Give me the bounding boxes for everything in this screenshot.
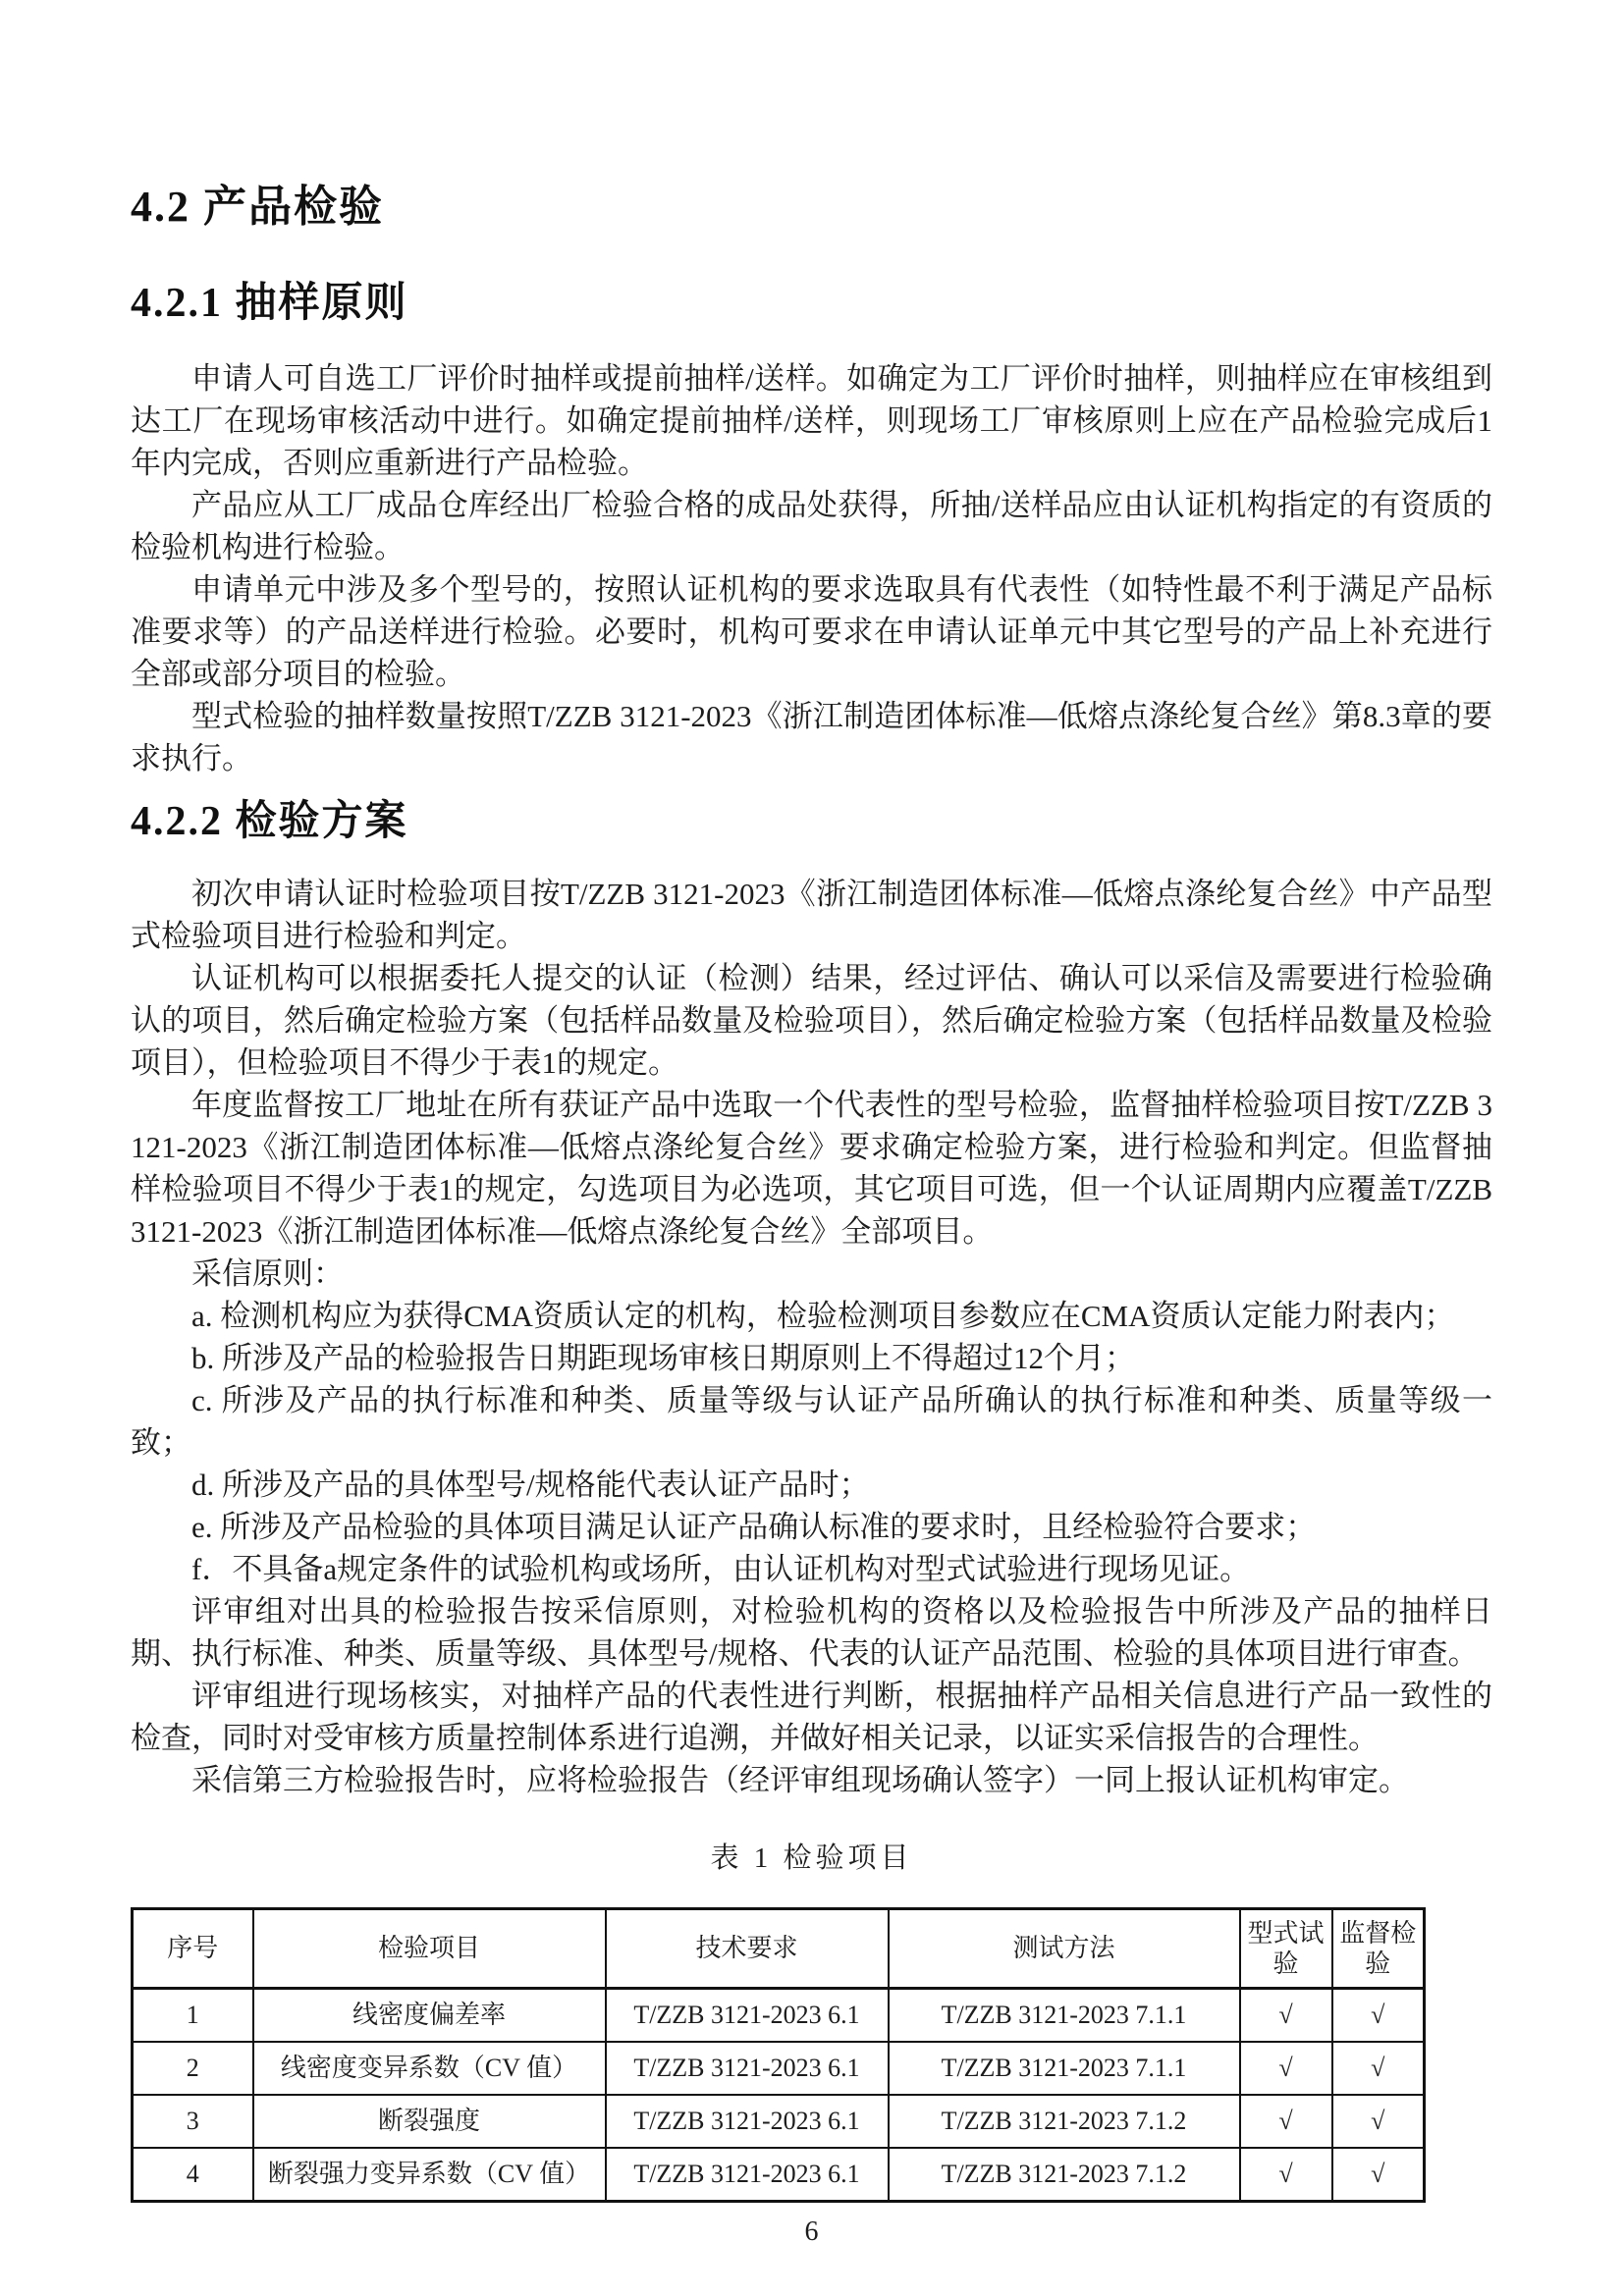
paragraph: 型式检验的抽样数量按照T/ZZB 3121-2023《浙江制造团体标准—低熔点涤… bbox=[131, 695, 1492, 779]
list-item-e: e. 所涉及产品检验的具体项目满足认证产品确认标准的要求时，且经检验符合要求； bbox=[131, 1506, 1492, 1548]
heading-4-2-2: 4.2.2 检验方案 bbox=[131, 797, 1492, 846]
section-4-2-1-body: 申请人可自选工厂评价时抽样或提前抽样/送样。如确定为工厂评价时抽样，则抽样应在审… bbox=[131, 357, 1492, 779]
col-header-requirement: 技术要求 bbox=[606, 1908, 889, 1988]
cell-type-test-check: √ bbox=[1240, 1988, 1332, 2042]
table-caption: 表 1 检验项目 bbox=[131, 1836, 1492, 1876]
page-number: 6 bbox=[131, 2216, 1492, 2248]
list-item-a: a. 检测机构应为获得CMA资质认定的机构，检验检测项目参数应在CMA资质认定能… bbox=[131, 1295, 1492, 1337]
paragraph: 采信原则： bbox=[131, 1253, 1492, 1295]
cell-item: 线密度偏差率 bbox=[253, 1988, 606, 2042]
cell-serial: 4 bbox=[133, 2148, 253, 2202]
cell-supervision-check: √ bbox=[1332, 2148, 1425, 2202]
table-row: 3 断裂强度 T/ZZB 3121-2023 6.1 T/ZZB 3121-20… bbox=[133, 2095, 1425, 2148]
cell-requirement: T/ZZB 3121-2023 6.1 bbox=[606, 2148, 889, 2202]
paragraph: 产品应从工厂成品仓库经出厂检验合格的成品处获得，所抽/送样品应由认证机构指定的有… bbox=[131, 484, 1492, 568]
cell-type-test-check: √ bbox=[1240, 2095, 1332, 2148]
paragraph: 评审组对出具的检验报告按采信原则，对检验机构的资格以及检验报告中所涉及产品的抽样… bbox=[131, 1590, 1492, 1675]
cell-method: T/ZZB 3121-2023 7.1.1 bbox=[889, 2042, 1240, 2095]
paragraph: 申请人可自选工厂评价时抽样或提前抽样/送样。如确定为工厂评价时抽样，则抽样应在审… bbox=[131, 357, 1492, 484]
list-item-b: b. 所涉及产品的检验报告日期距现场审核日期原则上不得超过12个月； bbox=[131, 1337, 1492, 1379]
table-row: 2 线密度变异系数（CV 值） T/ZZB 3121-2023 6.1 T/ZZ… bbox=[133, 2042, 1425, 2095]
cell-type-test-check: √ bbox=[1240, 2042, 1332, 2095]
list-item-d: d. 所涉及产品的具体型号/规格能代表认证产品时； bbox=[131, 1464, 1492, 1506]
paragraph: 年度监督按工厂地址在所有获证产品中选取一个代表性的型号检验，监督抽样检验项目按T… bbox=[131, 1084, 1492, 1253]
cell-method: T/ZZB 3121-2023 7.1.1 bbox=[889, 1988, 1240, 2042]
cell-requirement: T/ZZB 3121-2023 6.1 bbox=[606, 2095, 889, 2148]
cell-item: 断裂强力变异系数（CV 值） bbox=[253, 2148, 606, 2202]
cell-serial: 3 bbox=[133, 2095, 253, 2148]
cell-supervision-check: √ bbox=[1332, 2095, 1425, 2148]
cell-serial: 1 bbox=[133, 1988, 253, 2042]
paragraph: 认证机构可以根据委托人提交的认证（检测）结果，经过评估、确认可以采信及需要进行检… bbox=[131, 957, 1492, 1084]
col-header-supervision: 监督检验 bbox=[1332, 1908, 1425, 1988]
paragraph: 评审组进行现场核实，对抽样产品的代表性进行判断，根据抽样产品相关信息进行产品一致… bbox=[131, 1675, 1492, 1759]
cell-method: T/ZZB 3121-2023 7.1.2 bbox=[889, 2148, 1240, 2202]
paragraph: 采信第三方检验报告时，应将检验报告（经评审组现场确认签字）一同上报认证机构审定。 bbox=[131, 1759, 1492, 1801]
cell-supervision-check: √ bbox=[1332, 1988, 1425, 2042]
col-header-type-test: 型式试验 bbox=[1240, 1908, 1332, 1988]
cell-type-test-check: √ bbox=[1240, 2148, 1332, 2202]
paragraph: 申请单元中涉及多个型号的，按照认证机构的要求选取具有代表性（如特性最不利于满足产… bbox=[131, 568, 1492, 695]
cell-item: 线密度变异系数（CV 值） bbox=[253, 2042, 606, 2095]
table-body: 1 线密度偏差率 T/ZZB 3121-2023 6.1 T/ZZB 3121-… bbox=[133, 1988, 1425, 2201]
col-header-serial: 序号 bbox=[133, 1908, 253, 1988]
cell-method: T/ZZB 3121-2023 7.1.2 bbox=[889, 2095, 1240, 2148]
heading-4-2: 4.2 产品检验 bbox=[131, 182, 1492, 234]
table-header-row: 序号 检验项目 技术要求 测试方法 型式试验 监督检验 bbox=[133, 1908, 1425, 1988]
cell-requirement: T/ZZB 3121-2023 6.1 bbox=[606, 1988, 889, 2042]
document-page: 4.2 产品检验 4.2.1 抽样原则 申请人可自选工厂评价时抽样或提前抽样/送… bbox=[0, 0, 1624, 2296]
table-header: 序号 检验项目 技术要求 测试方法 型式试验 监督检验 bbox=[133, 1908, 1425, 1988]
list-item-c: c. 所涉及产品的执行标准和种类、质量等级与认证产品所确认的执行标准和种类、质量… bbox=[131, 1379, 1492, 1464]
col-header-item: 检验项目 bbox=[253, 1908, 606, 1988]
cell-serial: 2 bbox=[133, 2042, 253, 2095]
cell-supervision-check: √ bbox=[1332, 2042, 1425, 2095]
cell-requirement: T/ZZB 3121-2023 6.1 bbox=[606, 2042, 889, 2095]
col-header-method: 测试方法 bbox=[889, 1908, 1240, 1988]
paragraph: 初次申请认证时检验项目按T/ZZB 3121-2023《浙江制造团体标准—低熔点… bbox=[131, 873, 1492, 957]
section-4-2-2-body: 初次申请认证时检验项目按T/ZZB 3121-2023《浙江制造团体标准—低熔点… bbox=[131, 873, 1492, 1801]
cell-item: 断裂强度 bbox=[253, 2095, 606, 2148]
table-row: 4 断裂强力变异系数（CV 值） T/ZZB 3121-2023 6.1 T/Z… bbox=[133, 2148, 1425, 2202]
table-row: 1 线密度偏差率 T/ZZB 3121-2023 6.1 T/ZZB 3121-… bbox=[133, 1988, 1425, 2042]
list-item-f: f．不具备a规定条件的试验机构或场所，由认证机构对型式试验进行现场见证。 bbox=[131, 1548, 1492, 1590]
inspection-items-table: 序号 检验项目 技术要求 测试方法 型式试验 监督检验 1 线密度偏差率 T/Z… bbox=[131, 1907, 1426, 2203]
heading-4-2-1: 4.2.1 抽样原则 bbox=[131, 279, 1492, 328]
